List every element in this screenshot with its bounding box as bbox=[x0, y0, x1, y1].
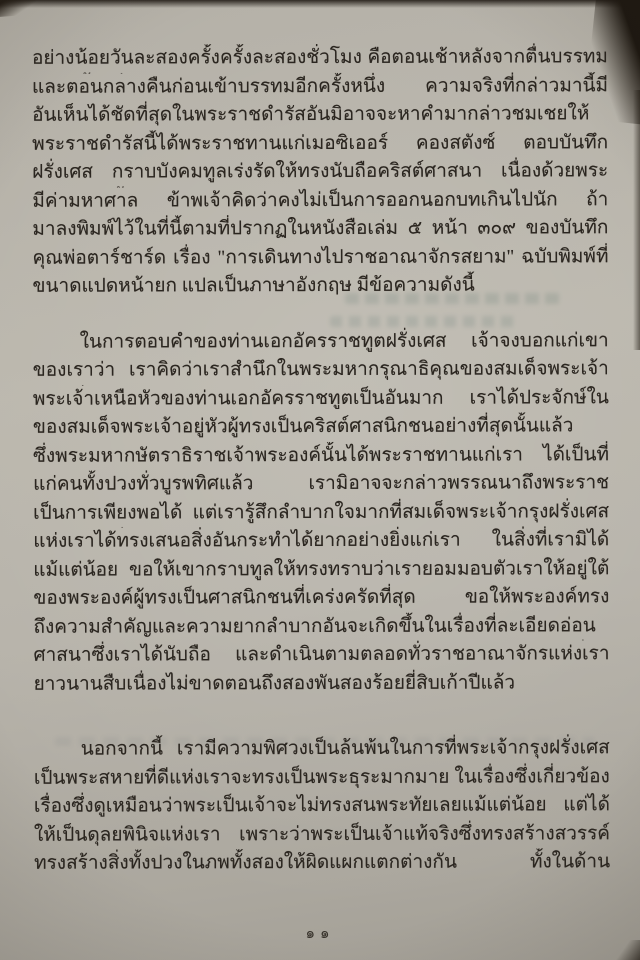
paragraph: อย่างน้อยวันละสองครั้งครั้งละสองชั่วโมง … bbox=[32, 43, 609, 301]
page-number: ๑๑ bbox=[0, 921, 640, 945]
text-line: นอกจากนี้ เรามีความพิศวงเป็นล้นพ้นในการท… bbox=[34, 734, 610, 764]
text-line: ในการตอบคำของท่านเอกอัครราชทูตฝรั่งเศส เ… bbox=[33, 327, 609, 357]
text-line: และตอนกลางคืนก่อนเข้าบรรทมอีกครั้งหนึ่ง … bbox=[32, 72, 608, 102]
text-line: เป็นพระสหายที่ดีแห่งเราจะทรงเป็นพระธุระม… bbox=[34, 763, 610, 793]
text-line: ของพระองค์ผู้ทรงเป็นศาสนิกชนที่เคร่งครัด… bbox=[33, 583, 609, 613]
text-line: ยาวนานสืบเนื่องไม่ขาดตอนถึงสองพันสองร้อย… bbox=[34, 669, 610, 699]
text-line: พระราชดำรัสนี้ได้พระราชทานแก่เมอซิเออร์ … bbox=[32, 129, 608, 159]
text-line: อันเห็นได้ชัดที่สุดในพระราชดำรัสอันมิอาจ… bbox=[32, 100, 608, 130]
text-line: ถึงความสำคัญและความยากลำบากอันจะเกิดขึ้น… bbox=[33, 612, 609, 642]
paragraph: นอกจากนี้ เรามีความพิศวงเป็นล้นพ้นในการท… bbox=[34, 734, 610, 878]
text-line: ซึ่งพระมหากษัตราธิราชเจ้าพระองค์นั้นได้พ… bbox=[33, 441, 609, 471]
text-line: พระเจ้าเหนือหัวของท่านเอกอัครราชทูตเป็นอ… bbox=[33, 384, 609, 414]
text-line: แห่งเราได้ทรงเสนอสิ่งอันกระทำได้ยากอย่าง… bbox=[33, 526, 609, 556]
text-line: มาลงพิมพ์ไว้ในที่นี้ตามที่ปรากฏในหนังสือ… bbox=[32, 214, 608, 244]
book-page-photo: อย่างน้อยวันละสองครั้งครั้งละสองชั่วโมง … bbox=[0, 0, 640, 960]
text-line: ฝรั่งเศส กราบบังคมทูลเร่งรัดให้ทรงนับถือ… bbox=[32, 157, 608, 187]
text-line: ศาสนาซึ่งเราได้นับถือ และดำเนินตามตลอดทั… bbox=[33, 640, 609, 670]
text-line: แม้แต่น้อย ขอให้เขากราบทูลให้ทรงทราบว่าเ… bbox=[33, 555, 609, 585]
text-line: ของสมเด็จพระเจ้าอยู่หัวผู้ทรงเป็นคริสต์ศ… bbox=[33, 412, 609, 442]
photo-edge-bottom-right bbox=[614, 940, 640, 960]
text-line: ของเราว่า เราคิดว่าเราสำนึกในพระมหากรุณา… bbox=[33, 355, 609, 385]
text-line: เรื่องซึ่งดูเหมือนว่าพระเป็นเจ้าจะไม่ทรง… bbox=[34, 791, 610, 821]
photo-edge-top-left bbox=[0, 0, 37, 18]
text-line: แก่คนทั้งปวงทั่วบูรพทิศแล้ว เรามิอาจจะกล… bbox=[33, 469, 609, 499]
text-line: ขนาดแปดหน้ายก แปลเป็นภาษาอังกฤษ มีข้อควา… bbox=[33, 271, 609, 301]
text-line: มีค่ามหาศาล ข้าพเจ้าคิดว่าคงไม่เป็นการออ… bbox=[32, 186, 608, 216]
photo-edge-right bbox=[633, 90, 640, 350]
photo-edge-top-right bbox=[583, 0, 640, 125]
text-line: เป็นการเพียงพอได้ แต่เรารู้สึกลำบากใจมาก… bbox=[33, 498, 609, 528]
photo-edge-top bbox=[0, 0, 640, 8]
text-line: ทรงสร้างสิ่งทั้งปวงในภพทั้งสองให้ผิดแผกแ… bbox=[34, 848, 610, 878]
text-line: คุณพ่อตาร์ชาร์ด เรื่อง "การเดินทางไปราชอ… bbox=[32, 243, 608, 273]
page-text: อย่างน้อยวันละสองครั้งครั้งละสองชั่วโมง … bbox=[32, 43, 610, 878]
paragraph: ในการตอบคำของท่านเอกอัครราชทูตฝรั่งเศส เ… bbox=[33, 327, 610, 699]
text-line: ให้เป็นดุลยพินิจแห่งเรา เพราะว่าพระเป็นเ… bbox=[34, 820, 610, 850]
text-line: อย่างน้อยวันละสองครั้งครั้งละสองชั่วโมง … bbox=[32, 43, 608, 73]
